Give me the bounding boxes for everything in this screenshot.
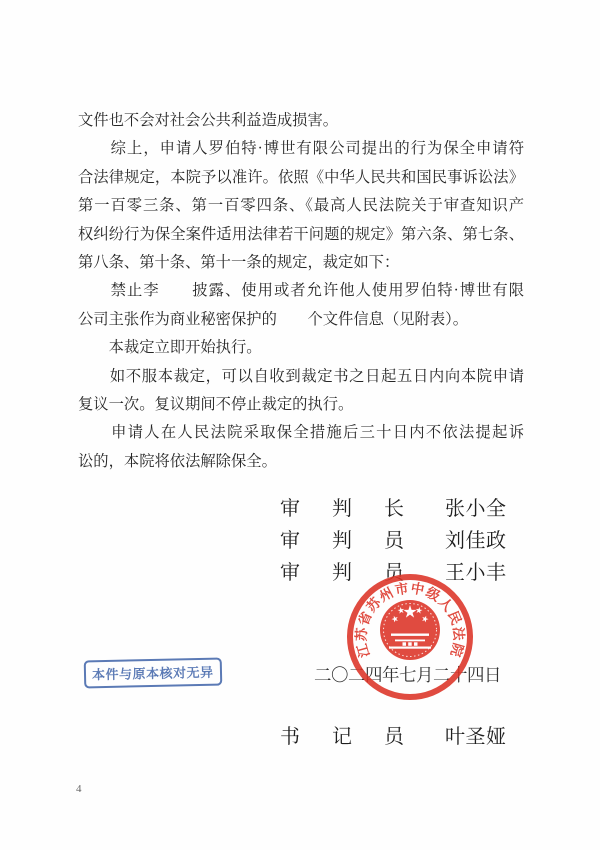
page-number: 4 — [76, 783, 82, 795]
body-line: 复议一次。复议期间不停止裁定的执行。 — [78, 391, 524, 419]
body-line: 讼的，本院将依法解除保全。 — [78, 448, 524, 476]
body-line: 综上，申请人罗伯特·博世有限公司提出的行为保全申请符 — [78, 135, 524, 163]
ruling-date: 二〇二四年七月二十四日 — [314, 662, 501, 687]
body-line: 申请人在人民法院采取保全措施后三十日内不依法提起诉 — [78, 419, 524, 447]
body-line: 文件也不会对社会公共利益造成损害。 — [78, 107, 524, 135]
judge-role-label: 审判员 — [280, 562, 436, 584]
presiding-judge-name: 张小全 — [445, 498, 507, 520]
body-line: 权纠纷行为保全案件适用法律若干问题的规定》第六条、第七条、 — [78, 221, 524, 249]
body-line: 如不服本裁定，可以自收到裁定书之日起五日内向本院申请 — [78, 363, 524, 391]
body-line: 公司主张作为商业秘密保护的 个文件信息（见附表）。 — [78, 306, 524, 334]
ruling-body-text: 文件也不会对社会公共利益造成损害。 综上，申请人罗伯特·博世有限公司提出的行为保… — [78, 107, 524, 476]
seal-arc-text: 江苏省苏州市中级人民法院 — [353, 580, 468, 660]
judge-row: 审判员刘佳政 — [280, 524, 507, 550]
judge-role-label: 审判长 — [280, 498, 436, 520]
clerk-role-label: 书记员 — [280, 726, 436, 748]
judge-name: 刘佳政 — [445, 530, 507, 552]
judge-role-label: 审判员 — [280, 530, 436, 552]
judge-row: 审判员王小丰 — [280, 556, 507, 582]
body-line: 本裁定立即开始执行。 — [78, 334, 524, 362]
judge-name: 王小丰 — [445, 562, 507, 584]
court-ruling-page: 文件也不会对社会公共利益造成损害。 综上，申请人罗伯特·博世有限公司提出的行为保… — [0, 0, 600, 850]
body-line: 第八条、第十条、第十一条的规定，裁定如下： — [78, 249, 524, 277]
body-line: 第一百零三条、第一百零四条、《最高人民法院关于审查知识产 — [78, 192, 524, 220]
verification-stamp: 本件与原本核对无异 — [84, 658, 222, 689]
body-line: 禁止李 披露、使用或者允许他人使用罗伯特·博世有限 — [78, 277, 524, 305]
clerk-name: 叶圣娅 — [445, 726, 507, 748]
presiding-judge-row: 审判长张小全 — [280, 492, 507, 518]
verification-stamp-text: 本件与原本核对无异 — [92, 665, 214, 683]
national-emblem-icon — [380, 600, 440, 660]
body-line: 合法律规定，本院予以准许。依照《中华人民共和国民事诉讼法》 — [78, 164, 524, 192]
clerk-row: 书记员叶圣娅 — [280, 720, 507, 746]
